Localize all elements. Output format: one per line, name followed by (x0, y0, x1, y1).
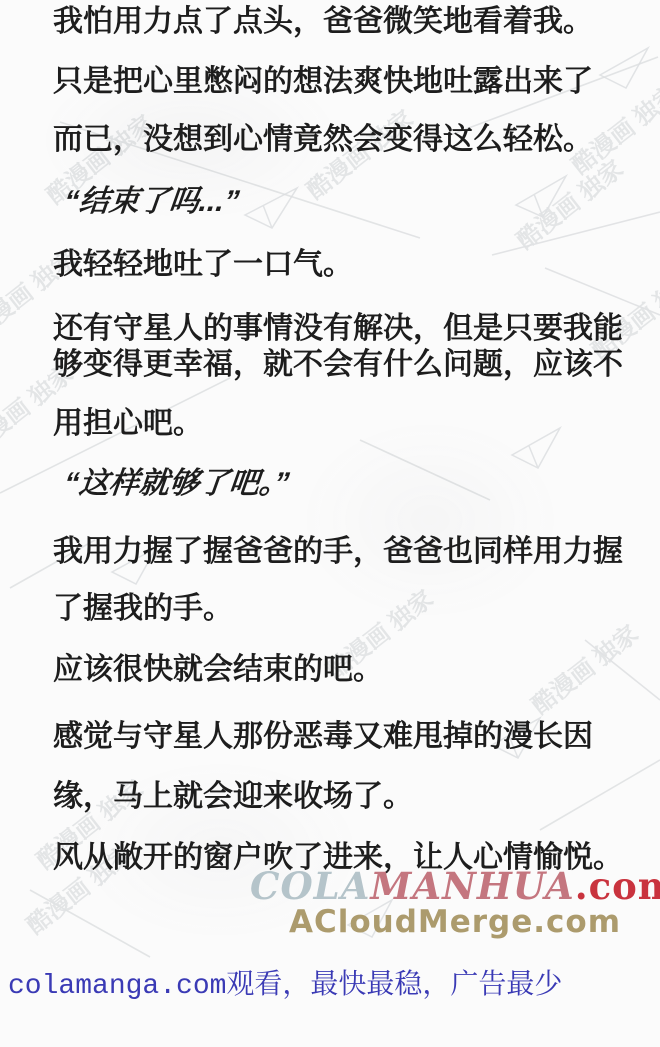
story-quote-line: “这样就够了吧。” (62, 467, 660, 503)
footer-promo-text: colamanga.com观看，最快最稳，广告最少 (8, 970, 658, 1010)
story-text-line: 只是把心里憋闷的想法爽快地吐露出来了 (53, 65, 653, 101)
story-text-line: 够变得更幸福，就不会有什么问题，应该不 (53, 348, 653, 384)
story-text-block: 我怕用力点了点头，爸爸微笑地看着我。只是把心里憋闷的想法爽快地吐露出来了而已，没… (0, 0, 660, 960)
comic-page: 酷漫画 独家 酷漫画 独家 酷漫画 独家 酷漫画 独家 酷漫画 独家 酷漫画 独… (0, 0, 660, 1047)
story-quote-line: “结束了吗...” (62, 185, 660, 221)
story-text-line: 用担心吧。 (53, 407, 653, 443)
story-text-line: 应该很快就会结束的吧。 (53, 653, 653, 689)
story-text-line: 而已，没想到心情竟然会变得这么轻松。 (53, 123, 653, 159)
story-text-line: 我用力握了握爸爸的手，爸爸也同样用力握 (53, 535, 653, 571)
story-text-line: 还有守星人的事情没有解决，但是只要我能 (53, 312, 653, 348)
story-text-line: 我怕用力点了点头，爸爸微笑地看着我。 (53, 5, 653, 41)
story-text-line: 风从敞开的窗户吹了进来，让人心情愉悦。 (53, 841, 653, 877)
story-text-line: 了握我的手。 (53, 592, 653, 628)
story-text-line: 我轻轻地吐了一口气。 (53, 248, 653, 284)
story-text-line: 缘，马上就会迎来收场了。 (53, 780, 653, 816)
story-text-line: 感觉与守星人那份恶毒又难甩掉的漫长因 (53, 720, 653, 756)
